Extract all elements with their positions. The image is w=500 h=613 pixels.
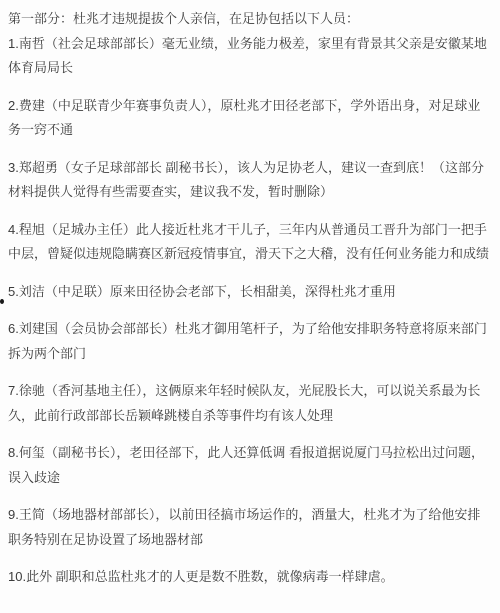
stray-ink-dot-artifact [0, 299, 4, 304]
list-item-7: 7.徐驰（香河基地主任），这俩原来年轻时候队友，光屁股长大，可以说关系最为长久，… [8, 379, 491, 428]
list-item-5: 5.刘洁（中足联）原来田径协会老部下，长相甜美，深得杜兆才重用 [8, 280, 491, 305]
list-item-10: 10.此外 副职和总监杜兆才的人更是数不胜数，就像病毒一样肆虐。 [8, 565, 491, 590]
list-item-9: 9.王简（场地器材部部长），以前田径搞市场运作的，酒量大，杜兆才为了给他安排职务… [8, 503, 491, 552]
list-item-3: 3.郑超勇（女子足球部部长 副秘书长），该人为足协老人，建议一查到底！（这部分材… [8, 156, 491, 205]
list-item-8: 8.何玺（副秘书长），老田径部下，此人还算低调 看报道据说厦门马拉松出过问题，误… [8, 441, 491, 490]
list-item-2: 2.费建（中足联青少年赛事负责人），原杜兆才田径老部下，学外语出身，对足球业务一… [8, 94, 491, 143]
section-title: 第一部分：杜兆才违规提拔个人亲信，在足协包括以下人员： [8, 7, 491, 32]
list-item-6: 6.刘建国（会员协会部部长）杜兆才御用笔杆子，为了给他安排职务特意将原来部门拆为… [8, 317, 491, 366]
report-document: 第一部分：杜兆才违规提拔个人亲信，在足协包括以下人员： 1.南哲（社会足球部部长… [0, 0, 500, 590]
list-item-1: 1.南哲（社会足球部部长）毫无业绩，业务能力极差，家里有背景其父亲是安徽某地体育… [8, 32, 491, 81]
list-item-4: 4.程旭（足城办主任）此人接近杜兆才干儿子，三年内从普通员工晋升为部门一把手中层… [8, 218, 491, 267]
